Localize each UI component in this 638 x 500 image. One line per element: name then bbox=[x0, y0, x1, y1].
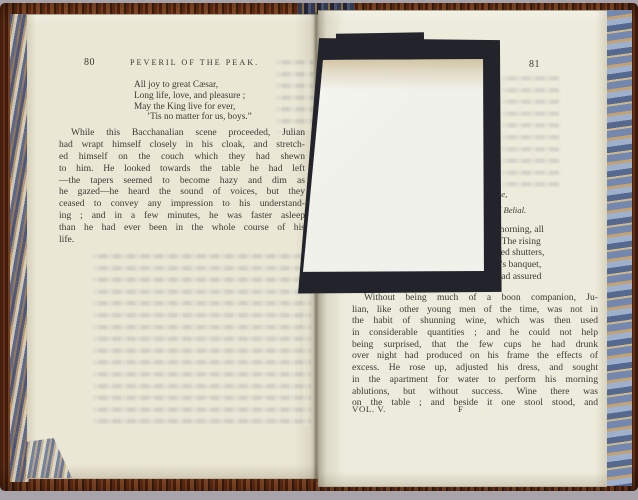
show-through-text bbox=[276, 60, 314, 132]
text-line: life. bbox=[59, 234, 305, 246]
text-line: than he had ever been in the whole cours… bbox=[59, 222, 305, 234]
signature-mark: F bbox=[458, 404, 464, 414]
text-fragment-line: . The rising bbox=[497, 236, 544, 248]
page-number-right: 81 bbox=[529, 59, 540, 70]
text-line: over night had produced on his frame the… bbox=[352, 350, 598, 362]
text-line: ed himself on the couch which they had s… bbox=[59, 151, 305, 163]
body-paragraph-left: While this Bacchanalian scene proceeded,… bbox=[59, 127, 305, 246]
text-line: excess. He rose up, adjusted his dress, … bbox=[352, 362, 598, 374]
running-title: PEVERIL OF THE PEAK. bbox=[130, 58, 250, 67]
text-fragment-line: sed shutters, bbox=[497, 247, 544, 259]
text-line: Without being much of a boon companion, … bbox=[352, 292, 598, 304]
text-fragment-line: ead assured bbox=[497, 271, 544, 283]
page-number-left: 80 bbox=[84, 57, 95, 68]
epigraph-fragment-line: d Belial. bbox=[497, 202, 526, 218]
text-line: in considerable quantities ; and he coul… bbox=[352, 327, 598, 339]
marbled-fore-edge-right bbox=[606, 10, 632, 486]
epigraph-fragments: ne,d Belial. bbox=[497, 186, 526, 218]
text-line: being surprised, that the few cups he ha… bbox=[352, 339, 598, 351]
epigraph-fragment-line: ne, bbox=[497, 186, 526, 202]
text-line: to him. He looked towards the table he h… bbox=[59, 163, 305, 175]
text-line: ablutions, but without success. Wine the… bbox=[352, 386, 598, 398]
verse-line: ’Tis no matter for us, boys.” bbox=[134, 112, 252, 123]
text-line: had wrapt himself closely in his cloak, … bbox=[59, 139, 305, 151]
verse-line: May the King live for ever, bbox=[134, 102, 252, 113]
show-through-text bbox=[502, 76, 560, 188]
body-paragraph-right: Without being much of a boon companion, … bbox=[352, 292, 598, 409]
text-fragment-line: t’s banquet, bbox=[497, 259, 544, 271]
text-line: in the apartment for water to perform hi… bbox=[352, 374, 598, 386]
text-fragment-line: morning, all bbox=[497, 224, 544, 236]
volume-label: VOL. V. bbox=[352, 404, 386, 414]
text-line: the habit of shunning wine, which was th… bbox=[352, 315, 598, 327]
text-line: While this Bacchanalian scene proceeded,… bbox=[59, 127, 305, 139]
page-footer: VOL. V. F bbox=[352, 404, 598, 414]
blank-paper-leaf bbox=[300, 58, 486, 274]
text-line: he gazed—he heard the sound of voices, b… bbox=[59, 186, 305, 198]
text-line: ceased to convey any impression to his u… bbox=[59, 198, 305, 210]
text-line: —the tapers seemed to become hazy and di… bbox=[59, 175, 305, 187]
text-line: ing ; and in a few minutes, he was faste… bbox=[59, 210, 305, 222]
text-line: lian, like other young men of the time, … bbox=[352, 304, 598, 316]
partially-covered-text: morning, all. The risingsed shutters,t’s… bbox=[497, 224, 544, 283]
show-through-text bbox=[93, 254, 311, 426]
verse-quotation: All joy to great Cæsar,Long life, love, … bbox=[134, 80, 252, 123]
verse-line: All joy to great Cæsar, bbox=[134, 80, 252, 91]
verse-line: Long life, love, and pleasure ; bbox=[134, 91, 252, 102]
